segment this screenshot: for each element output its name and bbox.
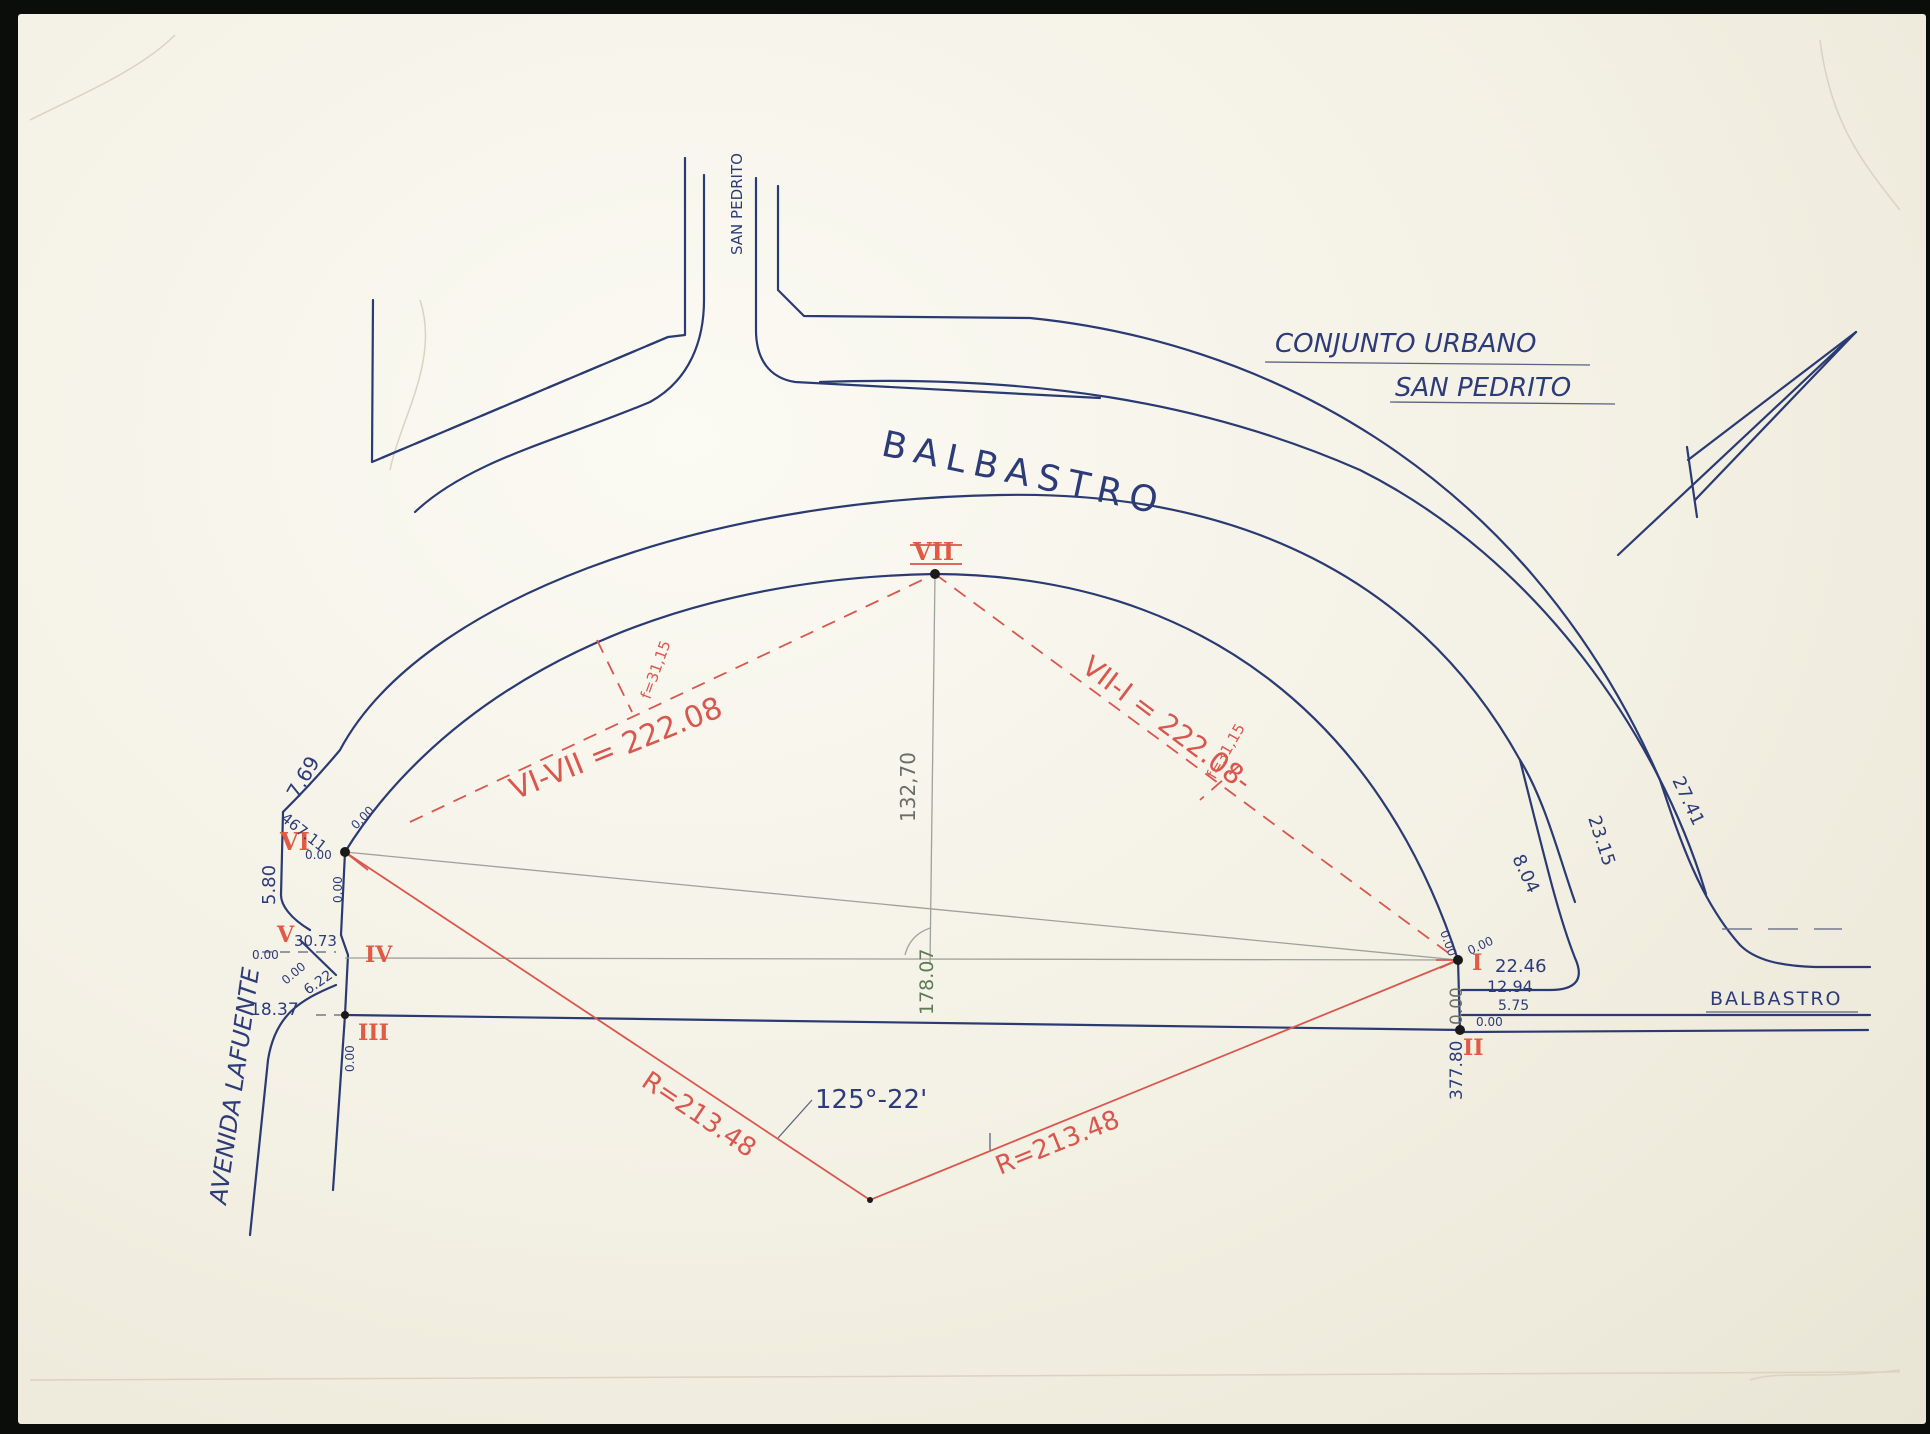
measure-ii-zero: 0.00 [1476, 1015, 1503, 1029]
vertex-iv: IV [365, 942, 393, 968]
north-arrow-icon [1618, 332, 1856, 555]
measure-vi-zero-arc: 0.00 [348, 803, 377, 832]
measurements: 7.69 467.11 0.00 0.00 0.00 5.80 30.73 0.… [250, 752, 1708, 1100]
measure-i-575: 5.75 [1498, 998, 1529, 1014]
measure-outer-left: 7.69 [282, 752, 325, 803]
measure-right-804: 8.04 [1507, 851, 1543, 896]
street-label-balbastro: BALBASTRO [878, 424, 1169, 524]
measure-iii-left: 18.37 [250, 1000, 299, 1020]
measure-i-1294: 12.94 [1487, 977, 1533, 996]
survey-sheet: CONJUNTO URBANO SAN PEDRITO BALBASTRO BA… [18, 14, 1926, 1424]
street-label-balbastro-right: BALBASTRO [1710, 988, 1842, 1010]
base-line [345, 1015, 1462, 1030]
vertex-vii: VII [912, 537, 954, 566]
sagitta-left: f=31,15 [637, 638, 675, 701]
measure-i-arc-zero: 0.00 [1437, 928, 1459, 958]
chord-vi-vii: VI-VII = 222.08 [505, 690, 728, 807]
central-angle: 125°-22' [815, 1085, 927, 1115]
title-line2: SAN PEDRITO [1395, 373, 1571, 403]
survey-plan: CONJUNTO URBANO SAN PEDRITO BALBASTRO BA… [0, 0, 1930, 1434]
measure-iii-zero: 0.00 [343, 1045, 357, 1072]
measure-v-value: 30.73 [294, 932, 337, 950]
street-label-san-pedrito: SAN PEDRITO [728, 153, 746, 255]
measure-v-zero: 0.00 [252, 948, 279, 962]
title-block: CONJUNTO URBANO SAN PEDRITO [1265, 329, 1615, 404]
height-vertical: 132,70 [896, 752, 920, 822]
measure-i-ii-vertical: 0.00 [1447, 987, 1467, 1025]
height-base: 178.07 [916, 949, 938, 1015]
title-line1: CONJUNTO URBANO [1275, 329, 1536, 359]
measure-vi-zero-a: 0.00 [305, 848, 332, 862]
measure-ii-value: 377.80 [1447, 1041, 1467, 1100]
vertex-iii: III [358, 1020, 389, 1046]
measure-right-2315: 23.15 [1583, 813, 1619, 868]
measure-vi-zero-b: 0.00 [331, 876, 345, 903]
measure-i-value: 22.46 [1495, 956, 1547, 977]
san-pedrito-street [372, 158, 1870, 967]
vertex-v: V [276, 922, 295, 948]
measure-v-iv: 5.80 [259, 865, 280, 905]
